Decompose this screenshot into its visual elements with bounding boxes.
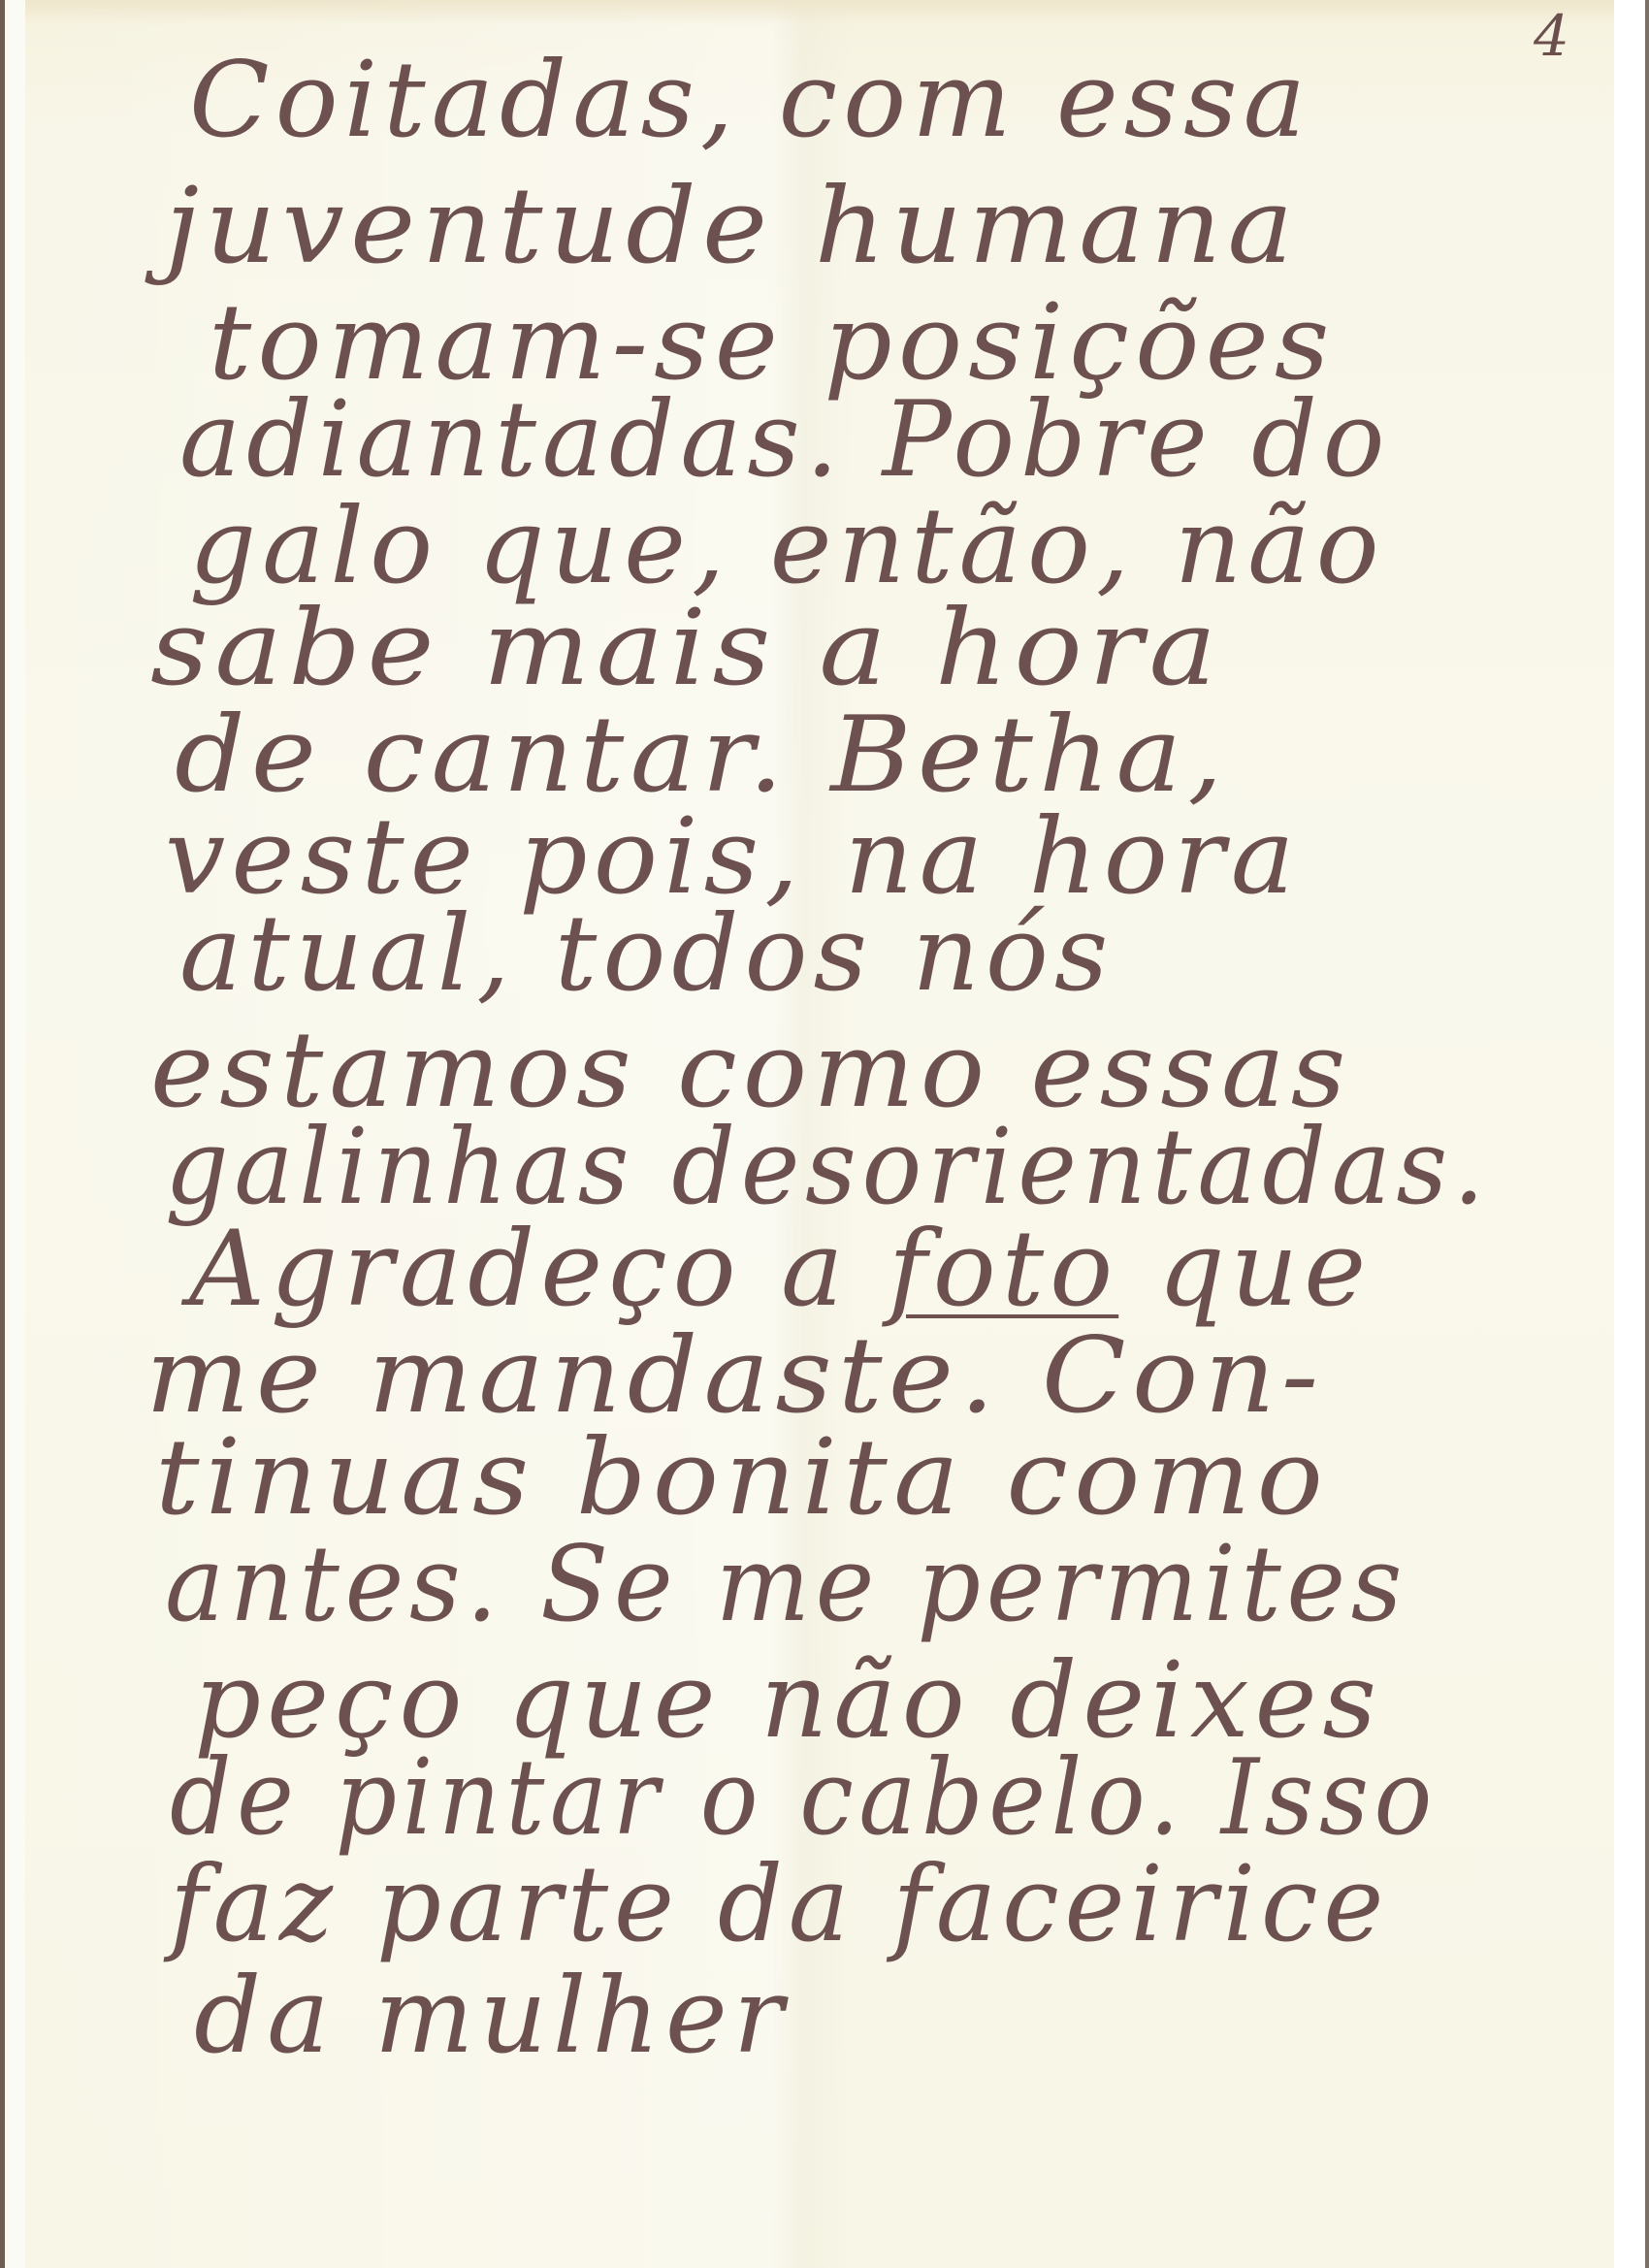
letter-line: faz parte da faceirice xyxy=(170,1853,1389,1958)
handwritten-letter-body: Coitadas, com essa juventude humana toma… xyxy=(25,0,1614,2268)
letter-paper: 4 Coitadas, com essa juventude humana to… xyxy=(25,0,1614,2268)
letter-line-closing: da mulher xyxy=(194,1964,789,2069)
letter-line: Coitadas, com essa xyxy=(189,49,1311,153)
letter-line: sabe mais a hora xyxy=(150,597,1222,701)
scan-right-margin xyxy=(1614,0,1649,2268)
scan-left-margin xyxy=(5,0,26,2268)
letter-line: de cantar. Betha, xyxy=(175,703,1229,808)
letter-line: galinhas desorientadas. xyxy=(165,1116,1490,1220)
scanned-page: 4 Coitadas, com essa juventude humana to… xyxy=(0,0,1649,2268)
letter-line: de pintar o cabelo. Isso xyxy=(170,1746,1438,1851)
letter-line: adiantadas. Pobre do xyxy=(179,388,1390,493)
letter-line: juventude humana xyxy=(165,175,1299,279)
letter-line: tinuas bonita como xyxy=(155,1426,1329,1531)
letter-line: galo que, então, não xyxy=(189,495,1385,599)
letter-line: atual, todos nós xyxy=(179,902,1114,1007)
underlined-word: foto xyxy=(889,1209,1118,1330)
letter-line: antes. Se me permites xyxy=(165,1533,1407,1637)
scan-right-edge xyxy=(1645,0,1649,2268)
letter-line: me mandaste. Con- xyxy=(145,1324,1325,1429)
letter-line-with-underlined-word: Agradeço a foto que xyxy=(189,1217,1372,1322)
